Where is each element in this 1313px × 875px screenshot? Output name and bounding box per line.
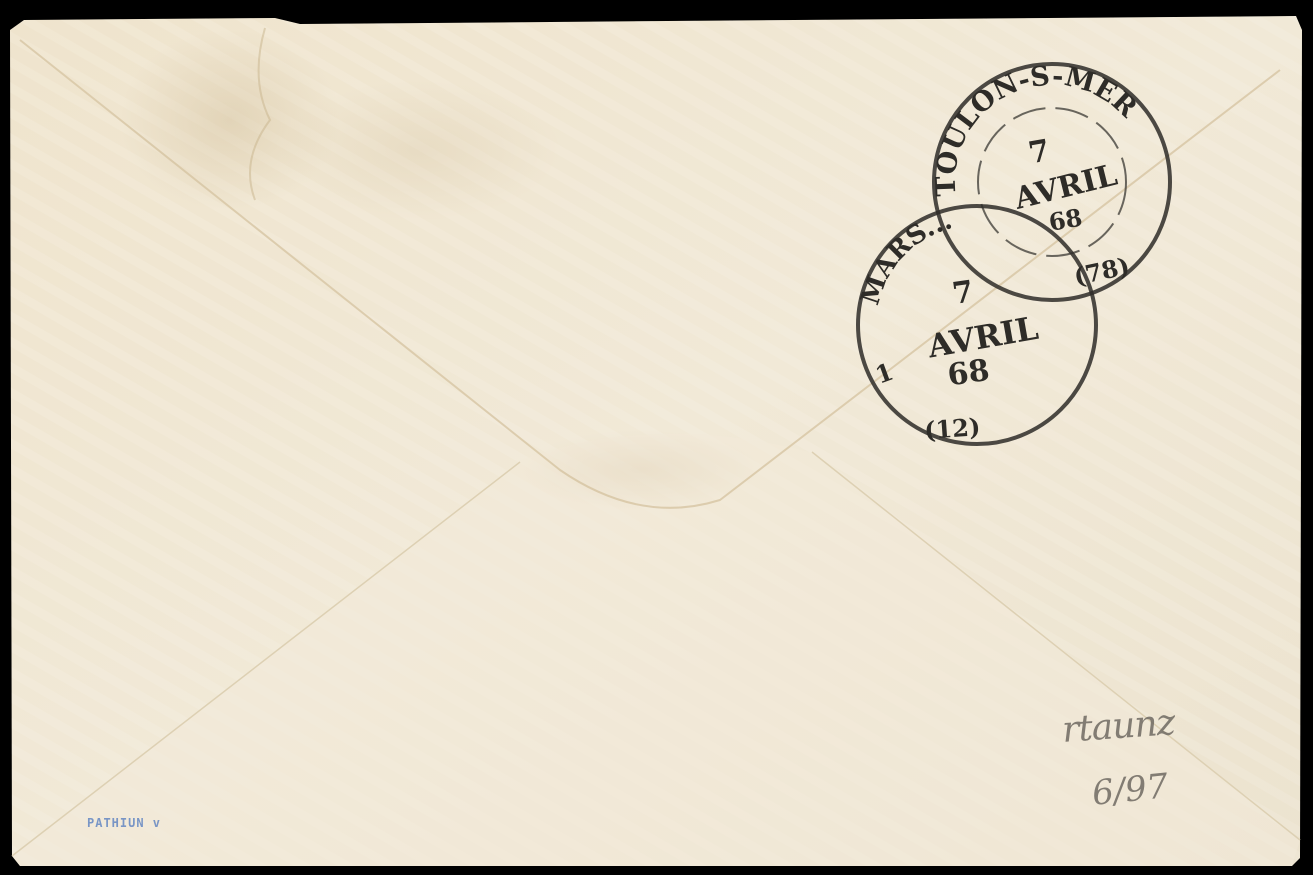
pencil-annotation-name: rtaunz — [1061, 702, 1176, 751]
svg-text:(12): (12) — [923, 412, 981, 445]
svg-text:68: 68 — [945, 353, 991, 393]
dealer-stamp: PATHIUN v — [87, 816, 161, 830]
pencil-annotation-code: 6/97 — [1090, 766, 1170, 814]
